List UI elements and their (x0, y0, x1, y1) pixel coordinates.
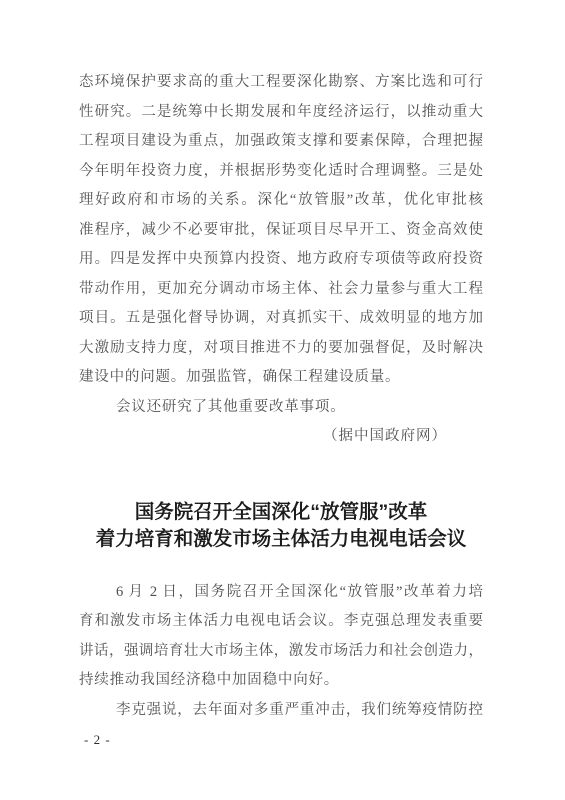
article-content: 态环境保护要求高的重大工程要深化勘察、方案比选和可行性研究。二是统筹中长期发展和… (79, 68, 483, 725)
text-line: 讲话，强调培育壮大市场主体，激发市场活力和社会创造力， (79, 637, 483, 667)
text-line: 会议还研究了其他重要改革事项。 (79, 393, 483, 423)
source-attribution: （据中国政府网） (79, 422, 483, 452)
text-line: 持续推动我国经济稳中加固稳中向好。 (79, 666, 483, 696)
text-line: 用。四是发挥中央预算内投资、地方政府专项债等政府投资 (79, 245, 483, 275)
text-line: 育和激发市场主体活力电视电话会议。李克强总理发表重要 (79, 607, 483, 637)
text-line: 6 月 2 日，国务院召开全国深化“放管服”改革着力培 (79, 578, 483, 608)
page-number: - 2 - (84, 732, 111, 748)
text-line: 今年明年投资力度，并根据形势变化适时合理调整。三是处 (79, 157, 483, 187)
text-line: 态环境保护要求高的重大工程要深化勘察、方案比选和可行 (79, 68, 483, 98)
text-line: 理好政府和市场的关系。深化“放管服”改革，优化审批核 (79, 186, 483, 216)
title-line: 国务院召开全国深化“放管服”改革 (79, 499, 483, 526)
text-line: 项目。五是强化督导协调，对真抓实干、成效明显的地方加 (79, 304, 483, 334)
text-line: 建设中的问题。加强监管，确保工程建设质量。 (79, 363, 483, 393)
text-line: 工程项目建设为重点，加强政策支撑和要素保障，合理把握 (79, 127, 483, 157)
article-title: 国务院召开全国深化“放管服”改革着力培育和激发市场主体活力电视电话会议 (79, 499, 483, 553)
paragraph-meeting-intro: 6 月 2 日，国务院召开全国深化“放管服”改革着力培育和激发市场主体活力电视电… (79, 578, 483, 696)
text-line: 大激励支持力度，对项目推进不力的要加强督促，及时解决 (79, 334, 483, 364)
text-line: 李克强说，去年面对多重严重冲击，我们统筹疫情防控 (79, 696, 483, 726)
paragraph-continuation: 态环境保护要求高的重大工程要深化勘察、方案比选和可行性研究。二是统筹中长期发展和… (79, 68, 483, 393)
text-line: 带动作用，更加充分调动市场主体、社会力量参与重大工程 (79, 275, 483, 305)
document-page: 态环境保护要求高的重大工程要深化勘察、方案比选和可行性研究。二是统筹中长期发展和… (0, 0, 565, 800)
paragraph-other-reform-items: 会议还研究了其他重要改革事项。 (79, 393, 483, 423)
text-line: 性研究。二是统筹中长期发展和年度经济运行，以推动重大 (79, 98, 483, 128)
paragraph-likeqiang-remarks: 李克强说，去年面对多重严重冲击，我们统筹疫情防控 (79, 696, 483, 726)
title-line: 着力培育和激发市场主体活力电视电话会议 (79, 526, 483, 553)
text-line: 准程序，减少不必要审批，保证项目尽早开工、资金高效使 (79, 216, 483, 246)
text-line: （据中国政府网） (79, 422, 483, 452)
